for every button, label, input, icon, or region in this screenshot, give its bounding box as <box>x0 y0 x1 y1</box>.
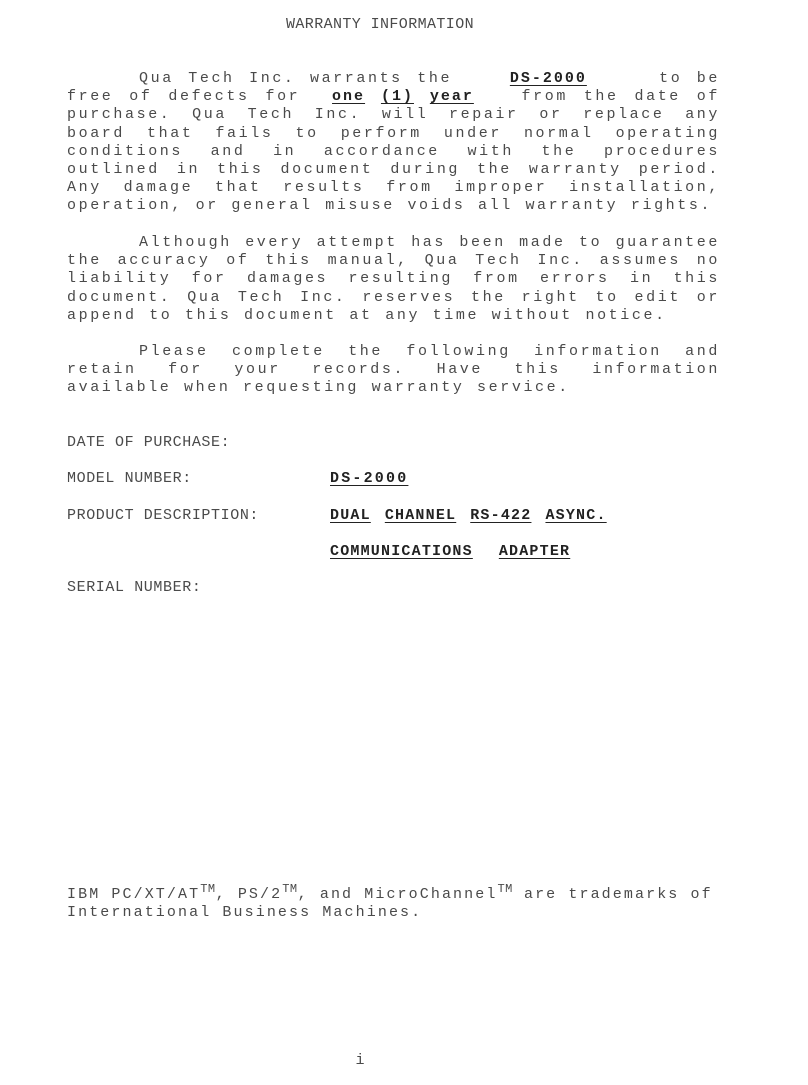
trademark-notice: IBM PC/XT/ATTM, PS/2TM, and MicroChannel… <box>67 886 747 922</box>
page-number: i <box>0 1052 720 1070</box>
warranty-paragraph: Qua Tech Inc. warrants the DS-2000 to be… <box>67 70 720 216</box>
model-number-label: MODEL NUMBER: <box>67 470 192 488</box>
serial-number-label: SERIAL NUMBER: <box>67 579 201 597</box>
instructions-paragraph: Please complete the following informatio… <box>67 343 720 398</box>
product-description-line2: COMMUNICATIONSADAPTER <box>330 543 584 561</box>
warranty-text: Qua Tech Inc. warrants the <box>139 70 452 87</box>
model-ref: DS-2000 <box>510 70 587 87</box>
warranty-period-unit: year <box>430 88 474 105</box>
page-title: WARRANTY INFORMATION <box>0 16 760 34</box>
product-description-label: PRODUCT DESCRIPTION: <box>67 507 259 525</box>
liability-paragraph: Although every attempt has been made to … <box>67 234 720 325</box>
warranty-period-one: one <box>332 88 365 105</box>
model-number-value: DS-2000 <box>330 470 422 488</box>
warranty-period-num: (1) <box>381 88 414 105</box>
product-description-line1: DUALCHANNELRS-422ASYNC. <box>330 507 621 525</box>
date-of-purchase-label: DATE OF PURCHASE: <box>67 434 230 452</box>
